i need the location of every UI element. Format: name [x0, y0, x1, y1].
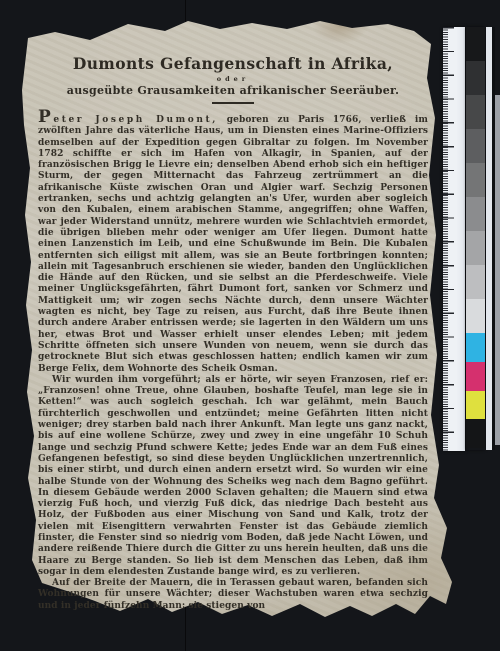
wedge-step: [466, 362, 485, 391]
wedge-step: [466, 265, 485, 299]
opening-words: Peter Joseph Dumont,: [38, 115, 218, 125]
paragraph-1-text: geboren zu Paris 1766, verließ im zwölft…: [38, 115, 428, 374]
wedge-step: [466, 299, 485, 333]
wedge-step: [466, 163, 485, 197]
grayscale-color-calibration-wedge: [466, 27, 485, 450]
wedge-step: [466, 391, 485, 419]
opening-rest: eter Joseph Dumont,: [53, 115, 218, 125]
wedge-step: [466, 333, 485, 362]
document-subtitle: ausgeübte Grausamkeiten afrikanischer Se…: [38, 84, 428, 97]
wedge-step: [466, 61, 485, 95]
printed-text-block: Dumonts Gefangenschaft in Afrika, oder a…: [38, 54, 428, 612]
document-title: Dumonts Gefangenschaft in Afrika,: [38, 54, 428, 73]
title-connector: oder: [38, 75, 428, 83]
paragraph-1: Peter Joseph Dumont, geboren zu Paris 17…: [38, 113, 428, 375]
image-edge-strip: [495, 95, 500, 445]
wedge-step: [466, 197, 485, 231]
wedge-step: [466, 95, 485, 129]
wedge-step: [466, 419, 485, 448]
title-rule-divider: [212, 102, 254, 104]
wedge-step: [466, 27, 485, 61]
wedge-step: [466, 231, 485, 265]
scanned-page-photo: { "document": { "title": "Dumonts Gefang…: [0, 0, 500, 651]
paragraph-3: Auf der Breite der Mauern, die in Terass…: [38, 578, 428, 612]
paragraph-2: Wir wurden ihm vorgeführt; als er hörte,…: [38, 375, 428, 578]
photographic-ruler-scale: [443, 27, 465, 451]
drop-cap-initial: P: [38, 107, 53, 127]
wedge-step: [466, 129, 485, 163]
